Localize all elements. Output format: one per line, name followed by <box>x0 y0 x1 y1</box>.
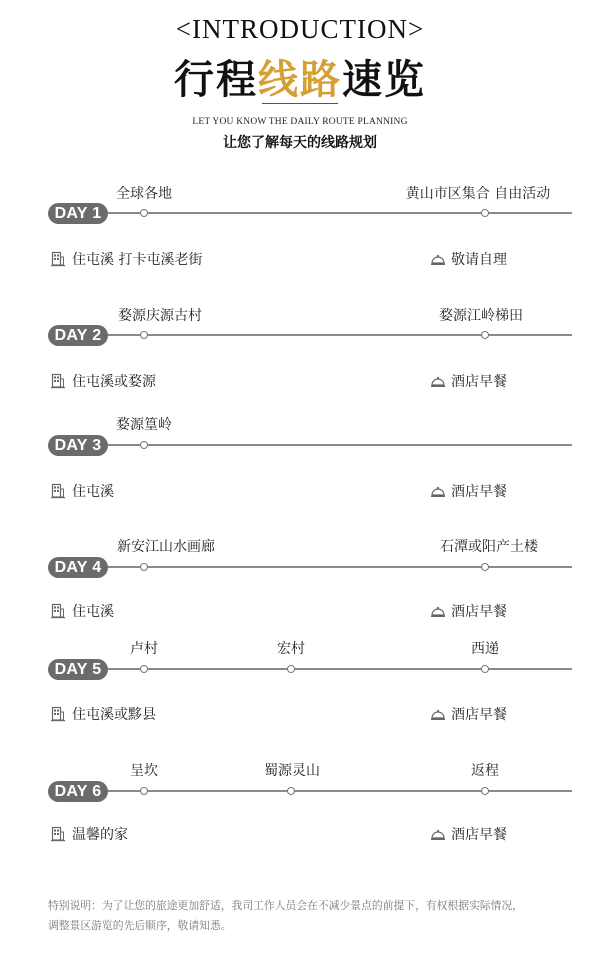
stop-label: 返程 <box>471 760 499 780</box>
meal-info: 酒店早餐 <box>430 371 507 391</box>
note-line-2: 调整景区游览的先后顺序，敬请知悉。 <box>48 916 593 936</box>
meal-info: 酒店早餐 <box>430 601 507 621</box>
meal-text: 酒店早餐 <box>451 824 507 844</box>
meal-info: 酒店早餐 <box>430 481 507 501</box>
meal-text: 酒店早餐 <box>451 704 507 724</box>
stay-info: 温馨的家 <box>50 824 128 844</box>
building-icon <box>50 483 66 499</box>
stop-dot <box>140 563 148 571</box>
stay-text: 住屯溪 <box>72 601 114 621</box>
note-line-1: 特别说明：为了让您的旅途更加舒适，我司工作人员会在不减少景点的前提下，有权根据实… <box>48 896 593 916</box>
meal-info: 敬请自理 <box>430 249 507 269</box>
stop-dot <box>287 665 295 673</box>
meal-info: 酒店早餐 <box>430 704 507 724</box>
route-line <box>100 334 572 336</box>
stop-label: 西递 <box>471 638 499 658</box>
meal-text: 敬请自理 <box>451 249 507 269</box>
day-badge: DAY 2 <box>48 325 108 346</box>
day-badge: DAY 3 <box>48 435 108 456</box>
day-badge: DAY 1 <box>48 203 108 224</box>
subtitle-en: LET YOU KNOW THE DAILY ROUTE PLANNING <box>0 117 600 127</box>
stop-label: 全球各地 <box>116 183 172 203</box>
stay-info: 住屯溪或婺源 <box>50 371 156 391</box>
stop-label: 宏村 <box>277 638 305 658</box>
stop-dot <box>140 441 148 449</box>
food-cloche-icon <box>430 603 446 619</box>
stop-dot <box>140 787 148 795</box>
route-line <box>100 566 572 568</box>
meal-text: 酒店早餐 <box>451 371 507 391</box>
meal-text: 酒店早餐 <box>451 601 507 621</box>
food-cloche-icon <box>430 483 446 499</box>
stop-label: 婺源篁岭 <box>116 414 172 434</box>
stay-text: 住屯溪或婺源 <box>72 371 156 391</box>
food-cloche-icon <box>430 826 446 842</box>
meal-info: 酒店早餐 <box>430 824 507 844</box>
stay-info: 住屯溪或黟县 <box>50 704 156 724</box>
stop-label: 黄山市区集合 自由活动 <box>406 183 550 203</box>
day-6: 呈坎 蜀源灵山 返程 DAY 6 温馨的家 酒店早餐 <box>0 0 600 100</box>
stop-dot <box>481 331 489 339</box>
stop-label: 呈坎 <box>130 760 158 780</box>
building-icon <box>50 826 66 842</box>
meal-text: 酒店早餐 <box>451 481 507 501</box>
route-line <box>100 444 572 446</box>
stay-info: 住屯溪 <box>50 601 114 621</box>
stop-label: 婺源江岭梯田 <box>439 305 523 325</box>
day-badge: DAY 5 <box>48 659 108 680</box>
stay-text: 温馨的家 <box>72 824 128 844</box>
stay-info: 住屯溪 <box>50 481 114 501</box>
stop-dot <box>481 563 489 571</box>
route-line <box>100 668 572 670</box>
day-badge: DAY 6 <box>48 781 108 802</box>
title-divider <box>262 103 338 104</box>
stay-text: 住屯溪或黟县 <box>72 704 156 724</box>
building-icon <box>50 373 66 389</box>
stay-text: 住屯溪 打卡屯溪老街 <box>72 249 202 269</box>
stay-text: 住屯溪 <box>72 481 114 501</box>
food-cloche-icon <box>430 373 446 389</box>
stop-dot <box>481 209 489 217</box>
route-line <box>100 790 572 792</box>
stop-label: 婺源庆源古村 <box>118 305 202 325</box>
stay-info: 住屯溪 打卡屯溪老街 <box>50 249 202 269</box>
stop-dot <box>140 331 148 339</box>
route-line <box>100 212 572 214</box>
building-icon <box>50 603 66 619</box>
stop-label: 石潭或阳产土楼 <box>440 536 538 556</box>
stop-dot <box>481 665 489 673</box>
building-icon <box>50 251 66 267</box>
day-badge: DAY 4 <box>48 557 108 578</box>
stop-dot <box>140 209 148 217</box>
stop-dot <box>481 787 489 795</box>
food-cloche-icon <box>430 706 446 722</box>
stop-label: 新安江山水画廊 <box>117 536 215 556</box>
building-icon <box>50 706 66 722</box>
stop-dot <box>287 787 295 795</box>
subtitle-cn: 让您了解每天的线路规划 <box>0 132 600 152</box>
stop-label: 卢村 <box>130 638 158 658</box>
special-note: 特别说明：为了让您的旅途更加舒适，我司工作人员会在不减少景点的前提下，有权根据实… <box>48 896 593 936</box>
stop-dot <box>140 665 148 673</box>
food-cloche-icon <box>430 251 446 267</box>
stop-label: 蜀源灵山 <box>264 760 320 780</box>
